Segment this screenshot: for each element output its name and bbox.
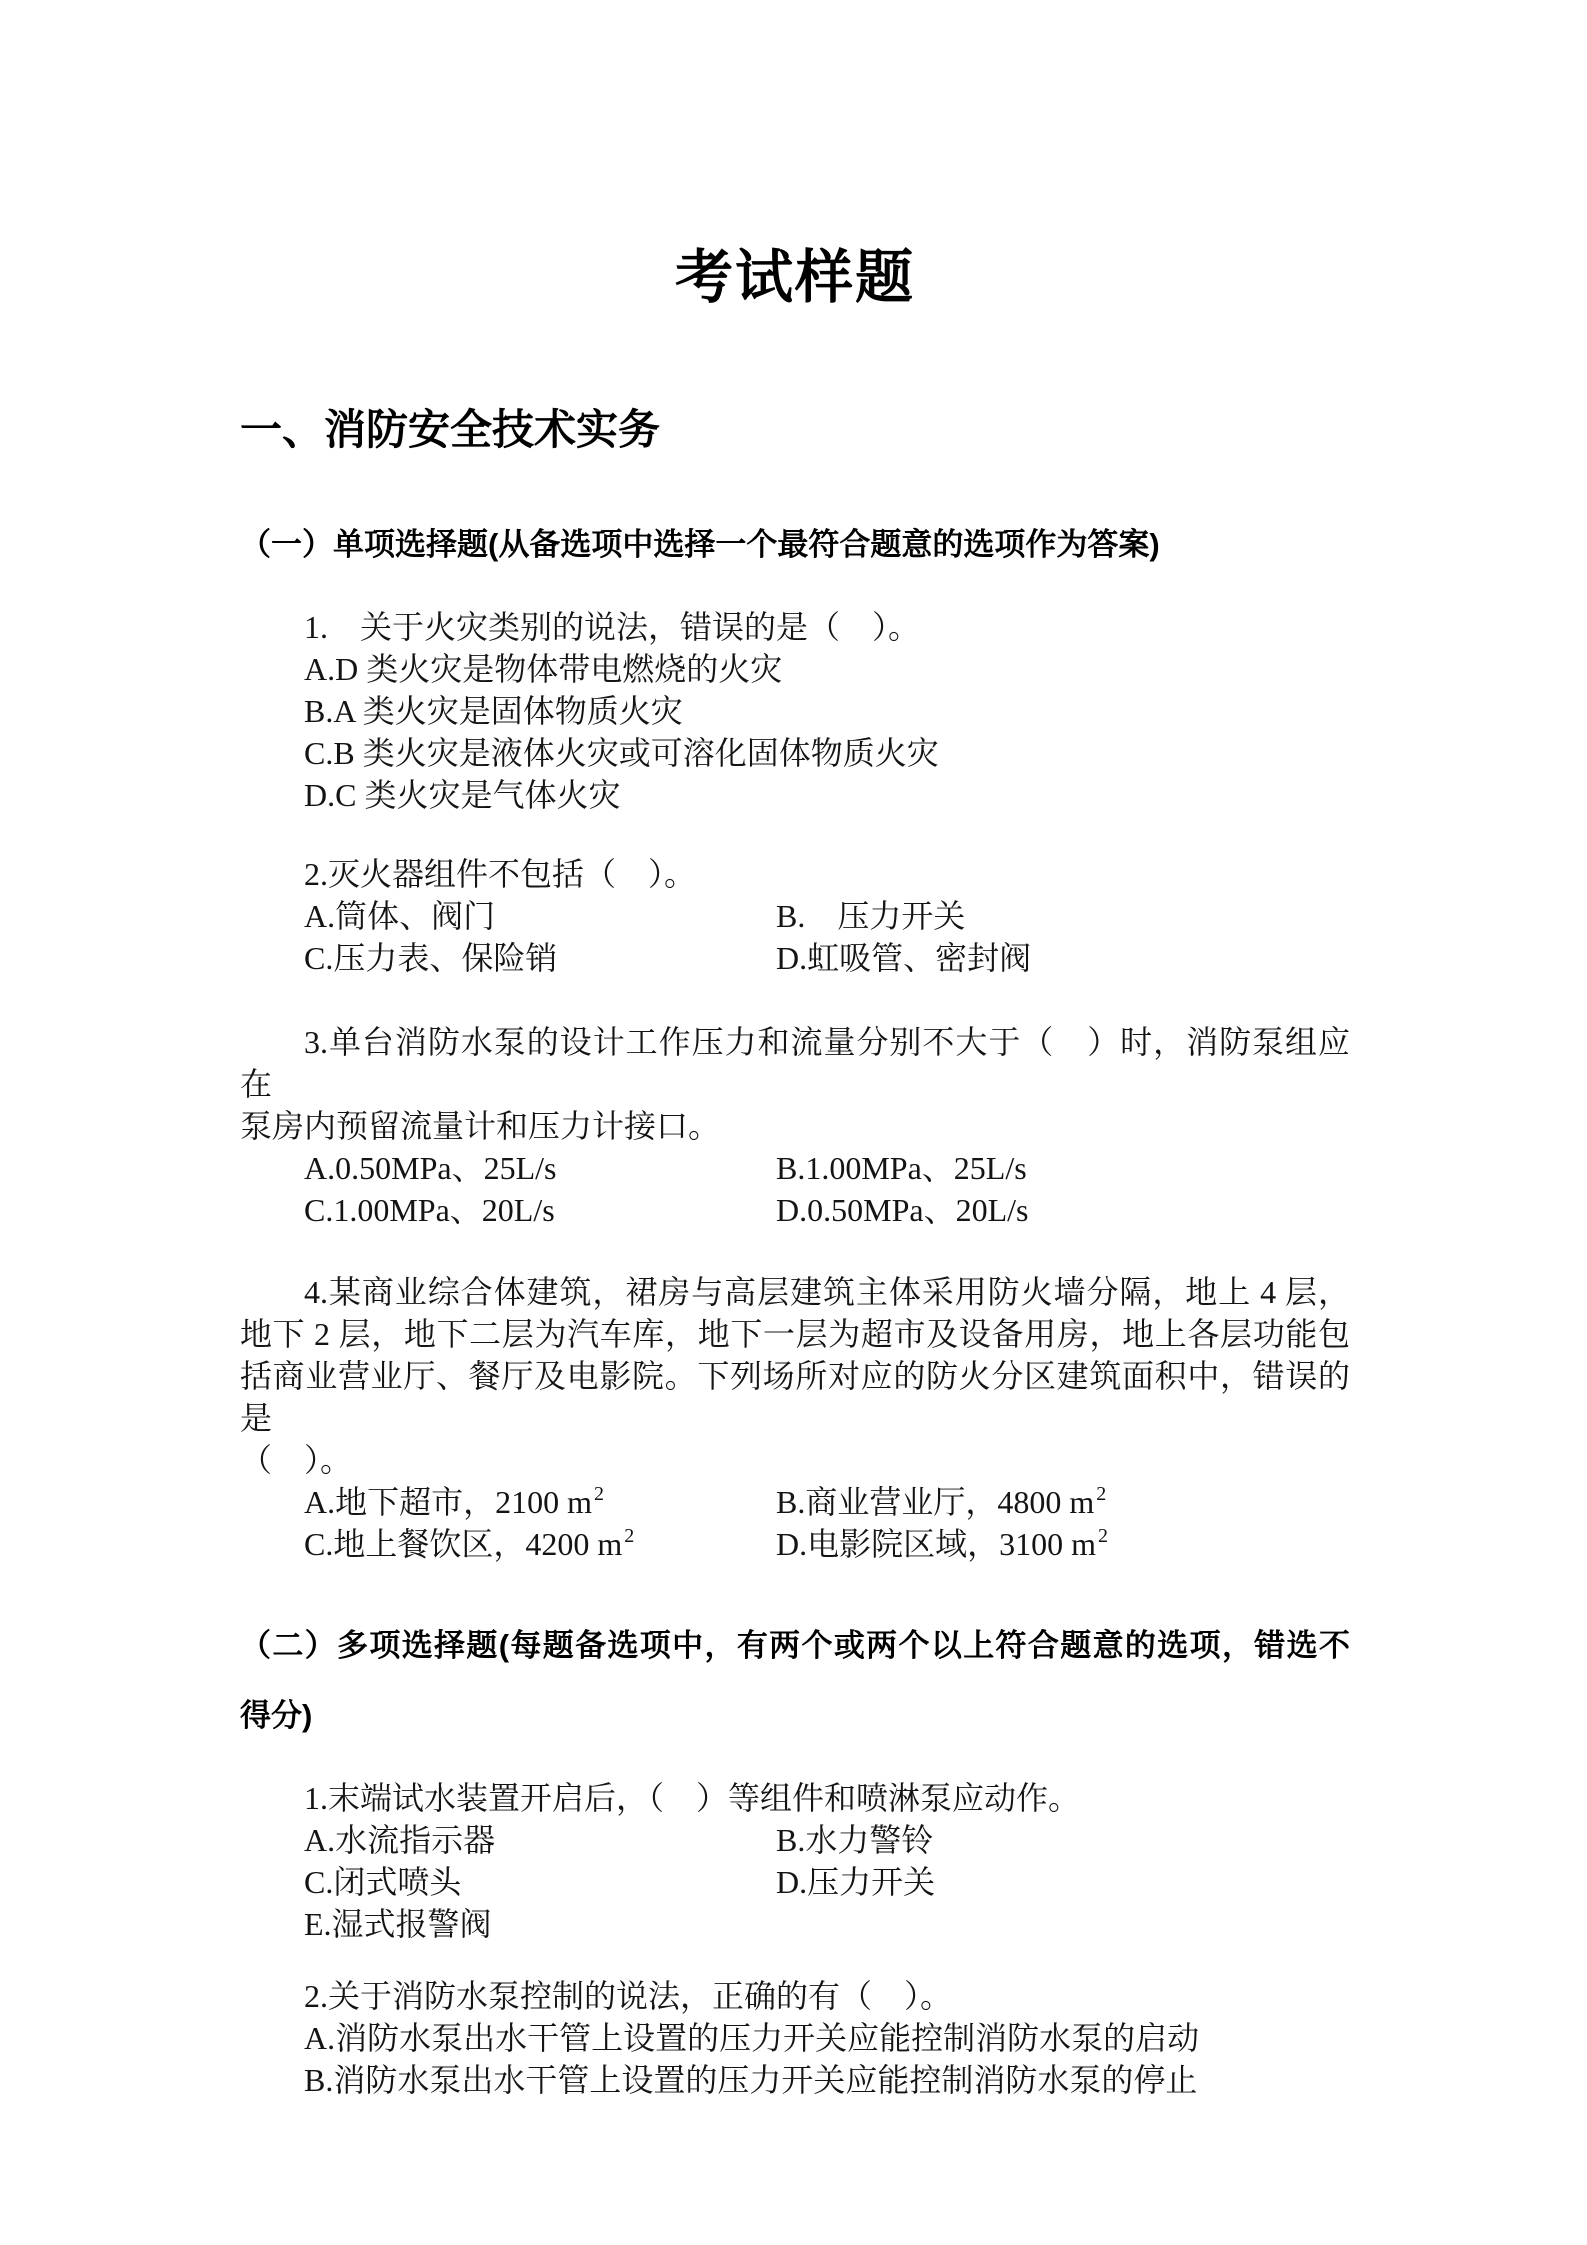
- section-1-heading: 一、消防安全技术实务: [240, 402, 1350, 458]
- square-meter-superscript: 2: [1098, 1525, 1108, 1547]
- question-s1-3-stem-line-1: 3.单台消防水泵的设计工作压力和流量分别不大于（ ）时，消防泵组应在: [240, 1021, 1350, 1105]
- question-s1-3-options-row-1: A.0.50MPa、25L/s B.1.00MPa、25L/s: [240, 1147, 1350, 1189]
- question-s1-4-option-b: B.商业营业厅，4800 m2: [776, 1481, 1350, 1523]
- question-s2-1-options-row-1: A.水流指示器 B.水力警铃: [240, 1819, 1350, 1861]
- question-s1-3-option-c: C.1.00MPa、20L/s: [304, 1189, 776, 1231]
- square-meter-superscript: 2: [1096, 1483, 1106, 1505]
- question-s1-3: 3.单台消防水泵的设计工作压力和流量分别不大于（ ）时，消防泵组应在 泵房内预留…: [240, 1021, 1350, 1231]
- section-2-sub-heading: （二）多项选择题(每题备选项中，有两个或两个以上符合题意的选项，错选不 得分): [240, 1611, 1350, 1751]
- exam-title: 考试样题: [240, 0, 1350, 316]
- exam-document-page: 考试样题 一、消防安全技术实务 （一）单项选择题(从备选项中选择一个最符合题意的…: [0, 0, 1587, 2245]
- question-s1-2-stem: 2.灭火器组件不包括（ ）。: [240, 853, 1350, 895]
- question-s1-3-options-row-2: C.1.00MPa、20L/s D.0.50MPa、20L/s: [240, 1189, 1350, 1231]
- question-s1-1-stem: 1. 关于火灾类别的说法，错误的是（ ）。: [240, 606, 1350, 648]
- square-meter-superscript: 2: [594, 1483, 604, 1505]
- question-s1-2-option-c: C.压力表、保险销: [304, 937, 776, 979]
- question-s1-4-option-c: C.地上餐饮区，4200 m2: [304, 1523, 776, 1565]
- question-s2-1-option-d: D.压力开关: [776, 1861, 1350, 1903]
- question-s1-3-option-d: D.0.50MPa、20L/s: [776, 1189, 1350, 1231]
- question-s2-2-option-b: B.消防水泵出水干管上设置的压力开关应能控制消防水泵的停止: [240, 2059, 1350, 2101]
- question-s2-2-stem: 2.关于消防水泵控制的说法，正确的有（ ）。: [240, 1975, 1350, 2017]
- question-s1-4-options-row-2: C.地上餐饮区，4200 m2 D.电影院区域，3100 m2: [240, 1523, 1350, 1565]
- question-s1-2-options-row-2: C.压力表、保险销 D.虹吸管、密封阀: [240, 937, 1350, 979]
- question-s2-1-option-b: B.水力警铃: [776, 1819, 1350, 1861]
- question-s1-4: 4.某商业综合体建筑，裙房与高层建筑主体采用防火墙分隔，地上 4 层， 地下 2…: [240, 1271, 1350, 1565]
- question-s2-1: 1.末端试水装置开启后，（ ）等组件和喷淋泵应动作。 A.水流指示器 B.水力警…: [240, 1777, 1350, 1945]
- question-s1-4-stem-line-2: 地下 2 层，地下二层为汽车库，地下一层为超市及设备用房，地上各层功能包: [240, 1313, 1350, 1355]
- question-s2-1-stem: 1.末端试水装置开启后，（ ）等组件和喷淋泵应动作。: [240, 1777, 1350, 1819]
- question-s1-3-option-b: B.1.00MPa、25L/s: [776, 1147, 1350, 1189]
- question-s1-2-option-a: A.筒体、阀门: [304, 895, 776, 937]
- question-s1-2-options-row-1: A.筒体、阀门 B. 压力开关: [240, 895, 1350, 937]
- question-s1-4-stem-line-4: （ ）。: [240, 1439, 1350, 1481]
- question-s1-2: 2.灭火器组件不包括（ ）。 A.筒体、阀门 B. 压力开关 C.压力表、保险销…: [240, 853, 1350, 979]
- question-s1-3-option-a: A.0.50MPa、25L/s: [304, 1147, 776, 1189]
- section-2-sub-heading-line-1: （二）多项选择题(每题备选项中，有两个或两个以上符合题意的选项，错选不: [240, 1611, 1350, 1681]
- question-s1-2-option-b: B. 压力开关: [776, 895, 1350, 937]
- square-meter-superscript: 2: [624, 1525, 634, 1547]
- question-s2-2: 2.关于消防水泵控制的说法，正确的有（ ）。 A.消防水泵出水干管上设置的压力开…: [240, 1975, 1350, 2101]
- question-s2-1-options-row-2: C.闭式喷头 D.压力开关: [240, 1861, 1350, 1903]
- question-s1-4-stem-line-3: 括商业营业厅、餐厅及电影院。下列场所对应的防火分区建筑面积中，错误的是: [240, 1355, 1350, 1439]
- question-s1-4-option-d: D.电影院区域，3100 m2: [776, 1523, 1350, 1565]
- question-s1-3-stem-line-2: 泵房内预留流量计和压力计接口。: [240, 1105, 1350, 1147]
- question-s1-4-option-a: A.地下超市，2100 m2: [304, 1481, 776, 1523]
- question-s1-4-options-row-1: A.地下超市，2100 m2 B.商业营业厅，4800 m2: [240, 1481, 1350, 1523]
- question-s1-1-option-b: B.A 类火灾是固体物质火灾: [240, 690, 1350, 732]
- question-s2-2-option-a: A.消防水泵出水干管上设置的压力开关应能控制消防水泵的启动: [240, 2017, 1350, 2059]
- question-s2-1-option-a: A.水流指示器: [304, 1819, 776, 1861]
- question-s1-1: 1. 关于火灾类别的说法，错误的是（ ）。 A.D 类火灾是物体带电燃烧的火灾 …: [240, 606, 1350, 816]
- section-2-sub-heading-line-2: 得分): [240, 1681, 1350, 1751]
- question-s1-4-stem-line-1: 4.某商业综合体建筑，裙房与高层建筑主体采用防火墙分隔，地上 4 层，: [240, 1271, 1350, 1313]
- question-s1-1-option-d: D.C 类火灾是气体火灾: [240, 774, 1350, 816]
- section-1-sub-heading: （一）单项选择题(从备选项中选择一个最符合题意的选项作为答案): [240, 522, 1350, 568]
- question-s1-2-option-d: D.虹吸管、密封阀: [776, 937, 1350, 979]
- question-s2-1-option-e: E.湿式报警阀: [240, 1903, 1350, 1945]
- question-s1-1-option-c: C.B 类火灾是液体火灾或可溶化固体物质火灾: [240, 732, 1350, 774]
- question-s1-1-option-a: A.D 类火灾是物体带电燃烧的火灾: [240, 648, 1350, 690]
- question-s2-1-option-c: C.闭式喷头: [304, 1861, 776, 1903]
